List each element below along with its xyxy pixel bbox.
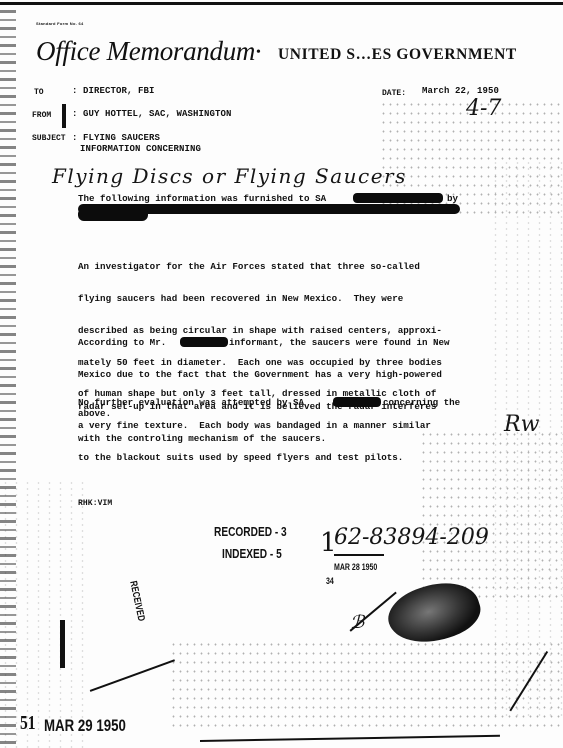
subject-label: SUBJECT (32, 134, 66, 143)
rotated-stamp: RECEIVED (127, 580, 146, 622)
intro-suffix: by (447, 194, 477, 205)
handwritten-initials: Rw (504, 412, 539, 437)
paragraph-line: described as being circular in shape wit… (78, 326, 478, 337)
subject-line-2: INFORMATION CONCERNING (80, 144, 201, 154)
memo-title: Office Memorandum (36, 36, 255, 67)
paragraph-line: Mexico due to the fact that the Governme… (78, 370, 478, 381)
date-label: DATE: (382, 89, 406, 98)
government-title: UNITED S…ES GOVERNMENT (278, 46, 517, 64)
from-mark (62, 104, 66, 128)
paragraph-line: with the controling mechanism of the sau… (78, 434, 478, 445)
paragraph-2-suffix: informant, the saucers were found in New (229, 338, 479, 349)
redaction (353, 193, 443, 203)
bottom-stamp-prefix: 51 (20, 712, 36, 735)
top-rule (0, 2, 563, 5)
redaction (333, 397, 381, 407)
paragraph-line: An investigator for the Air Forces state… (78, 262, 478, 273)
to-label: TO (34, 88, 44, 97)
redaction (78, 208, 148, 221)
date-value: March 22, 1950 (422, 86, 499, 96)
handwritten-annotation: Flying Discs or Flying Saucers (52, 164, 407, 188)
to-value: : DIRECTOR, FBI (72, 86, 155, 96)
scan-noise (0, 480, 90, 748)
indexed-stamp: INDEXED - 5 (222, 546, 282, 561)
intro-prefix: The following information was furnished … (78, 193, 326, 204)
typist-initials: RHK:VIM (78, 499, 112, 508)
paragraph-3-line-2: above. (78, 409, 478, 420)
bottom-date-stamp: MAR 29 1950 (44, 716, 126, 736)
file-number: 62-83894-209 (334, 525, 489, 550)
received-code: 34 (326, 576, 334, 586)
from-value: : GUY HOTTEL, SAC, WASHINGTON (72, 109, 232, 119)
title-bullet: • (256, 45, 261, 61)
handwritten-scribble: ℬ (350, 612, 364, 633)
subject-line-1: : FLYING SAUCERS (72, 133, 160, 143)
margin-bar (60, 620, 65, 668)
form-number: Standard Form No. 64 (36, 21, 84, 26)
pen-stroke (90, 659, 175, 691)
recorded-stamp: RECORDED - 3 (214, 524, 287, 539)
redaction (180, 337, 228, 347)
file-underline (334, 554, 384, 556)
paragraph-3-suffix: concerning the (383, 398, 483, 409)
pen-stroke (200, 735, 500, 742)
handwritten-date-mark: 4-7 (466, 96, 501, 121)
from-label: FROM (32, 111, 51, 120)
paragraph-line: flying saucers had been recovered in New… (78, 294, 478, 305)
memo-page: Standard Form No. 64 Office Memorandum •… (0, 0, 563, 748)
received-date-stamp: MAR 28 1950 (334, 562, 377, 572)
scan-noise (170, 640, 563, 730)
